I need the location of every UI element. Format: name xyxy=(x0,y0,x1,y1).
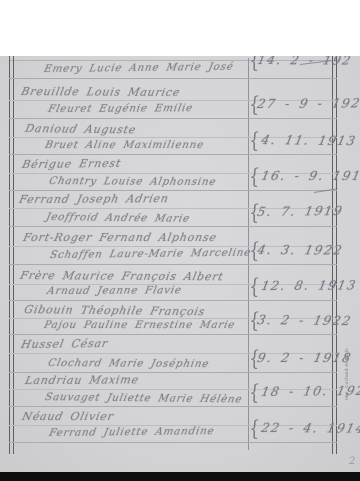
date-brace: { xyxy=(248,129,260,154)
date-brace: { xyxy=(248,275,260,300)
marriage-date: 3. 2 - 1922 xyxy=(256,312,354,328)
groom-name: Néaud Olivier xyxy=(21,410,115,423)
ruled-line xyxy=(9,118,337,119)
marriage-date: 16. - 9. 1918 xyxy=(260,168,360,183)
marriage-date: 4. 11. 1913 xyxy=(260,132,358,148)
groom-name: Hussel César xyxy=(20,337,109,351)
bride-name: Clochard Marie Joséphine xyxy=(47,357,211,370)
date-brace: { xyxy=(248,165,260,190)
marriage-date: 4. 3. 1922 xyxy=(256,242,345,258)
bride-name: Pajou Pauline Ernestine Marie xyxy=(43,319,236,331)
marriage-date: 5. 7. 1919 xyxy=(256,203,345,219)
bride-name: Schaffen Laure-Marie Marceline xyxy=(49,247,252,261)
pencil-page-number: 2 xyxy=(349,456,355,467)
marriage-date: 9. 2 - 1918 xyxy=(256,350,354,365)
groom-name: Ferrand Joseph Adrien xyxy=(18,192,170,206)
bride-name: Bruet Aline Maximilienne xyxy=(44,139,205,151)
groom-name: Landriau Maxime xyxy=(24,373,140,387)
left-frame-rule-outer xyxy=(9,56,10,454)
groom-name: Breuillde Louis Maurice xyxy=(20,85,182,99)
date-brace: { xyxy=(248,417,260,442)
groom-name: Fort-Roger Fernand Alphonse xyxy=(22,231,218,244)
marriage-date: 12. 8. 1913 xyxy=(260,277,358,293)
bride-name: Jeoffroid Andrée Marie xyxy=(45,211,191,225)
ruled-line xyxy=(9,226,337,227)
groom-name: Danioud Auguste xyxy=(24,122,138,136)
ruled-line xyxy=(9,78,337,79)
ruled-line xyxy=(9,406,337,407)
printer-imprint: Imp. Cochard et Paris xyxy=(344,320,354,400)
ruled-line xyxy=(9,190,337,191)
left-frame-rule-inner xyxy=(13,56,14,454)
ruled-line xyxy=(9,154,337,155)
ruled-line xyxy=(9,300,337,301)
groom-name: Gibouin Théophile François xyxy=(23,303,207,318)
bride-name: Fleuret Eugénie Emilie xyxy=(47,102,194,115)
marriage-date: 27 - 9 - 1920 xyxy=(256,95,360,111)
ruled-line xyxy=(9,264,337,265)
scan-bottom-strip xyxy=(0,472,360,481)
bride-name: Arnaud Jeanne Flavie xyxy=(46,284,183,297)
groom-name: Bérigue Ernest xyxy=(21,157,123,171)
ruled-line xyxy=(9,334,337,335)
groom-name: Frère Maurice François Albert xyxy=(19,269,225,283)
ruled-line xyxy=(9,442,337,443)
marriage-date: 14. 2 - 192 xyxy=(256,56,354,68)
bride-name: Emery Lucie Anne Marie José xyxy=(43,61,235,75)
paper-scan: Emery Lucie Anne Marie José{14. 2 - 192B… xyxy=(0,56,360,472)
bride-name: Chantry Louise Alphonsine xyxy=(48,175,218,188)
bride-name: Ferrand Juliette Amandine xyxy=(48,425,216,439)
marriage-date: 22 - 4. 1914 xyxy=(260,420,360,436)
date-brace: { xyxy=(248,381,260,406)
scanned-register-page: Emery Lucie Anne Marie José{14. 2 - 192B… xyxy=(0,0,360,481)
bride-name: Sauvaget Juliette Marie Hélène xyxy=(44,391,244,405)
